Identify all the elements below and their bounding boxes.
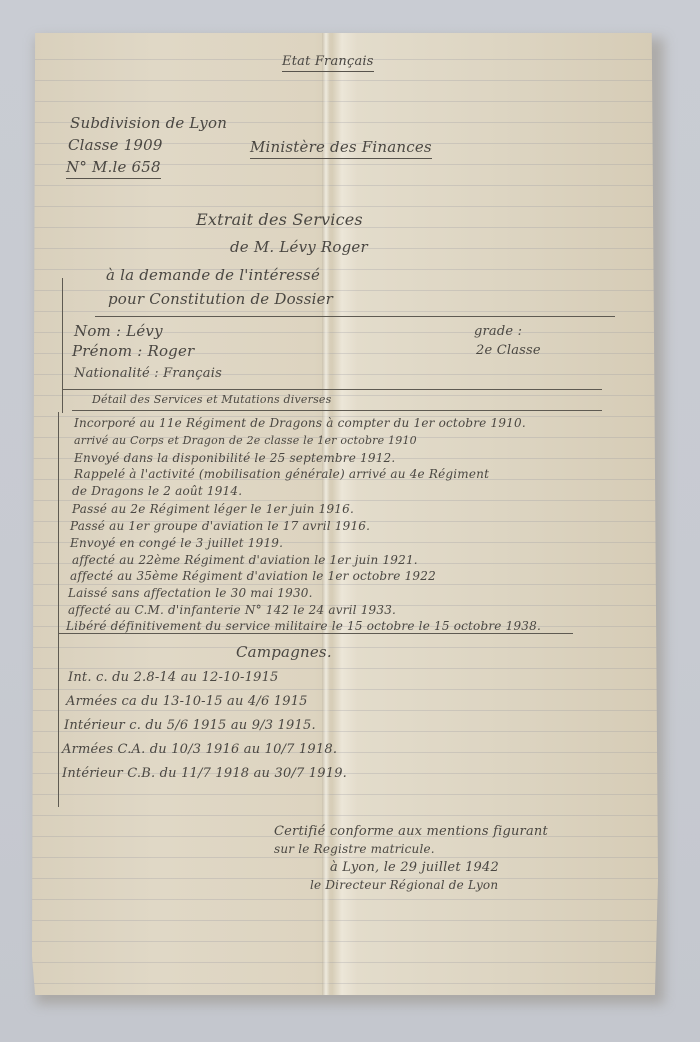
campagne-entry: Int. c. du 2.8-14 au 12-10-1915 — [68, 670, 279, 685]
service-entry: arrivé au Corps et Dragon de 2e classe l… — [74, 434, 417, 447]
service-entry: affecté au 22ème Régiment d'aviation le … — [72, 553, 418, 567]
classe-label: Classe 1909 — [68, 136, 163, 154]
service-entry: Envoyé en congé le 3 juillet 1919. — [70, 536, 283, 550]
nationalite-field: Nationalité : Français — [74, 366, 222, 381]
grade-value: 2e Classe — [476, 343, 541, 358]
campagne-entry: Intérieur C.B. du 11/7 1918 au 30/7 1919… — [62, 766, 347, 781]
subdivision-label: Subdivision de Lyon — [70, 114, 227, 132]
service-entry: affecté au 35ème Régiment d'aviation le … — [70, 569, 436, 583]
signatory: le Directeur Régional de Lyon — [310, 878, 498, 892]
certification-line-1: Certifié conforme aux mentions figurant — [274, 824, 548, 839]
service-entry: Passé au 2e Régiment léger le 1er juin 1… — [72, 502, 354, 516]
table-rule-2 — [62, 389, 602, 390]
table-rule-1 — [95, 316, 615, 317]
certification-line-2: sur le Registre matricule. — [274, 842, 435, 856]
service-entry: Libéré définitivement du service militai… — [66, 619, 541, 633]
service-entry: de Dragons le 2 août 1914. — [72, 484, 242, 498]
table-left-border-bottom — [58, 412, 59, 807]
service-entry: Laissé sans affectation le 30 mai 1930. — [68, 586, 313, 600]
prenom-field: Prénom : Roger — [72, 342, 194, 360]
document-subject: de M. Lévy Roger — [230, 238, 368, 256]
matricule-number: N° M.le 658 — [66, 158, 161, 179]
document-title: Extrait des Services — [196, 210, 363, 229]
grade-label: grade : — [474, 324, 522, 339]
service-entry: Passé au 1er groupe d'aviation le 17 avr… — [70, 519, 370, 533]
services-heading: Détail des Services et Mutations diverse… — [92, 393, 331, 406]
campagne-entry: Intérieur c. du 5/6 1915 au 9/3 1915. — [64, 718, 316, 733]
service-entry: Rappelé à l'activité (mobilisation génér… — [74, 467, 489, 481]
table-left-border-top — [62, 278, 63, 413]
ministry-heading: Ministère des Finances — [250, 138, 432, 159]
table-rule-4 — [58, 633, 573, 634]
service-entry: Incorporé au 11e Régiment de Dragons à c… — [74, 416, 526, 430]
purpose-line: pour Constitution de Dossier — [108, 290, 333, 308]
campagnes-heading: Campagnes. — [236, 643, 332, 661]
nom-field: Nom : Lévy — [74, 322, 163, 340]
service-entry: affecté au C.M. d'infanterie N° 142 le 2… — [68, 603, 396, 617]
request-line: à la demande de l'intéressé — [106, 266, 320, 284]
campagne-entry: Armées C.A. du 10/3 1916 au 10/7 1918. — [62, 742, 337, 757]
place-and-date: à Lyon, le 29 juillet 1942 — [330, 860, 499, 875]
service-entry: Envoyé dans la disponibilité le 25 septe… — [74, 451, 395, 465]
state-heading: Etat Français — [282, 54, 374, 72]
table-rule-3 — [72, 410, 602, 411]
campagne-entry: Armées ca du 13-10-15 au 4/6 1915 — [66, 694, 308, 709]
